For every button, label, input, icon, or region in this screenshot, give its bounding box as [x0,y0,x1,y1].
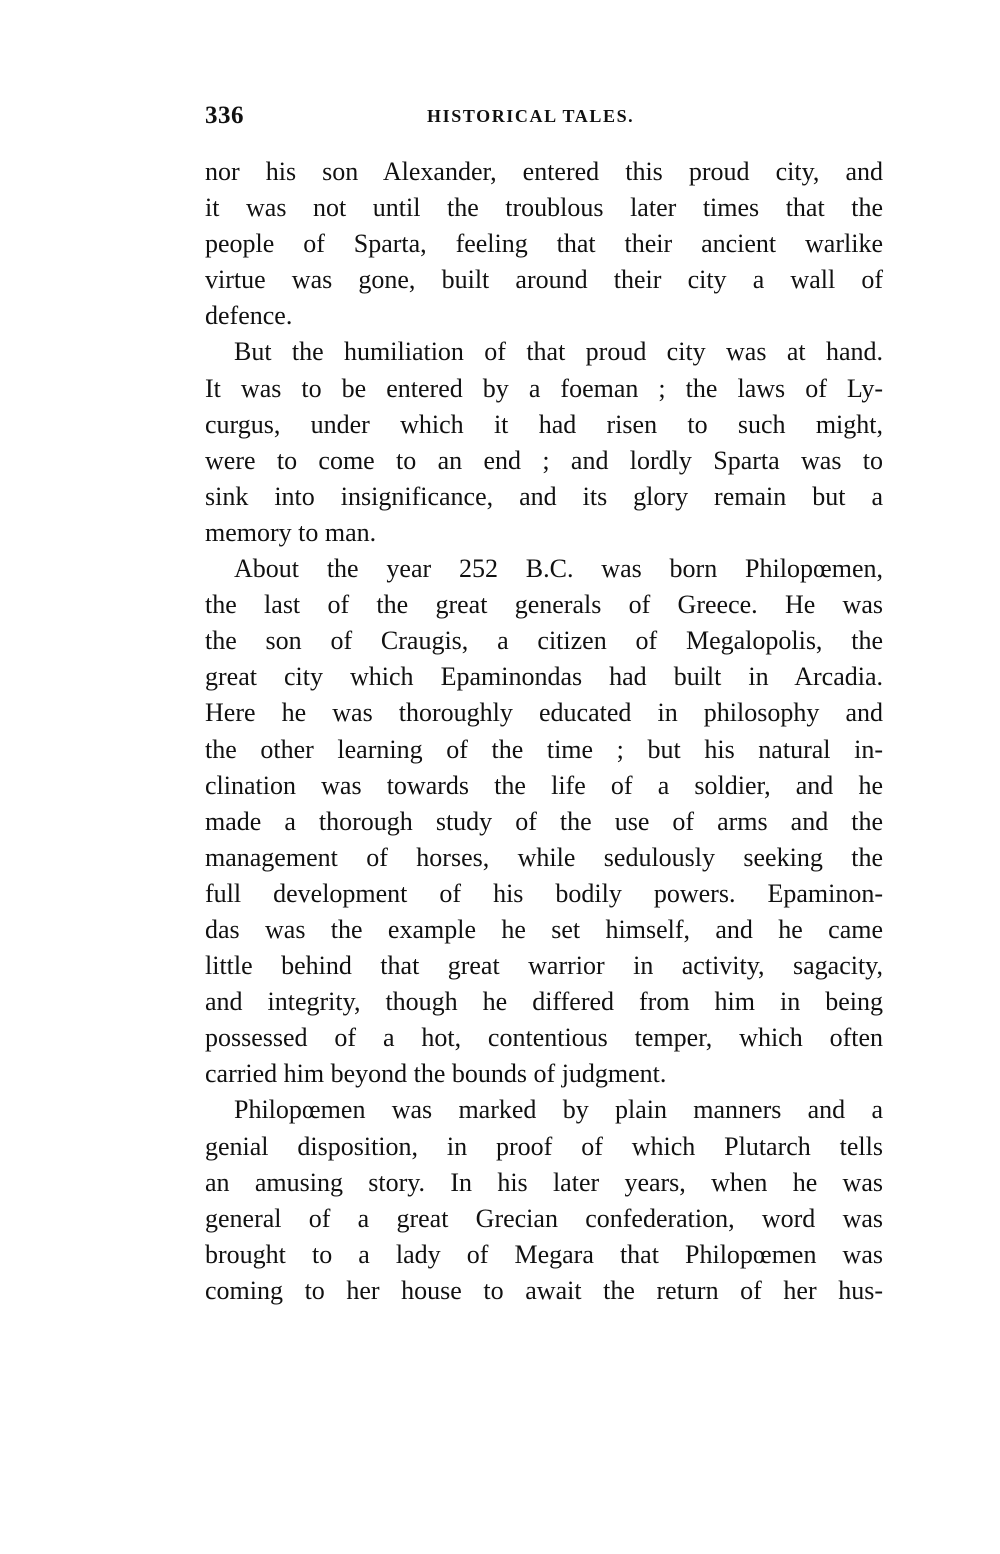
text-line: it was not until the troublous later tim… [205,190,883,226]
text-line: full development of his bodily powers. E… [205,876,883,912]
text-line: management of horses, while sedulously s… [205,840,883,876]
body-text: nor his son Alexander, entered this prou… [205,154,883,1309]
book-page: 336 HISTORICAL TALES. nor his son Alexan… [205,98,883,1309]
text-line: the last of the great generals of Greece… [205,587,883,623]
text-line: nor his son Alexander, entered this prou… [205,154,883,190]
text-line: It was to be entered by a foeman ; the l… [205,371,883,407]
running-title: HISTORICAL TALES. [427,106,634,127]
text-line: great city which Epaminondas had built i… [205,659,883,695]
text-line: Philopœmen was marked by plain manners a… [205,1092,883,1128]
text-line: But the humiliation of that proud city w… [205,334,883,370]
text-line: clination was towards the life of a sold… [205,768,883,804]
text-line: virtue was gone, built around their city… [205,262,883,298]
paragraph-4: Philopœmen was marked by plain manners a… [205,1092,883,1309]
text-line: Here he was thoroughly educated in philo… [205,695,883,731]
paragraph-3: About the year 252 B.C. was born Philopœ… [205,551,883,1092]
text-line: little behind that great warrior in acti… [205,948,883,984]
text-line: sink into insignificance, and its glory … [205,479,883,515]
text-line: memory to man. [205,515,883,551]
text-line: the other learning of the time ; but his… [205,732,883,768]
running-head: 336 HISTORICAL TALES. [205,98,883,138]
text-line: possessed of a hot, contentious temper, … [205,1020,883,1056]
text-line: carried him beyond the bounds of judgmen… [205,1056,883,1092]
text-line: coming to her house to await the return … [205,1273,883,1309]
text-line: defence. [205,298,883,334]
text-line: genial disposition, in proof of which Pl… [205,1129,883,1165]
text-line: people of Sparta, feeling that their anc… [205,226,883,262]
text-line: the son of Craugis, a citizen of Megalop… [205,623,883,659]
text-line: das was the example he set himself, and … [205,912,883,948]
page-number: 336 [205,102,244,130]
paragraph-1: nor his son Alexander, entered this prou… [205,154,883,334]
text-line: curgus, under which it had risen to such… [205,407,883,443]
paragraph-2: But the humiliation of that proud city w… [205,334,883,551]
text-line: an amusing story. In his later years, wh… [205,1165,883,1201]
text-line: and integrity, though he differed from h… [205,984,883,1020]
text-line: were to come to an end ; and lordly Spar… [205,443,883,479]
text-line: general of a great Grecian confederation… [205,1201,883,1237]
text-line: made a thorough study of the use of arms… [205,804,883,840]
text-line: About the year 252 B.C. was born Philopœ… [205,551,883,587]
text-line: brought to a lady of Megara that Philopœ… [205,1237,883,1273]
